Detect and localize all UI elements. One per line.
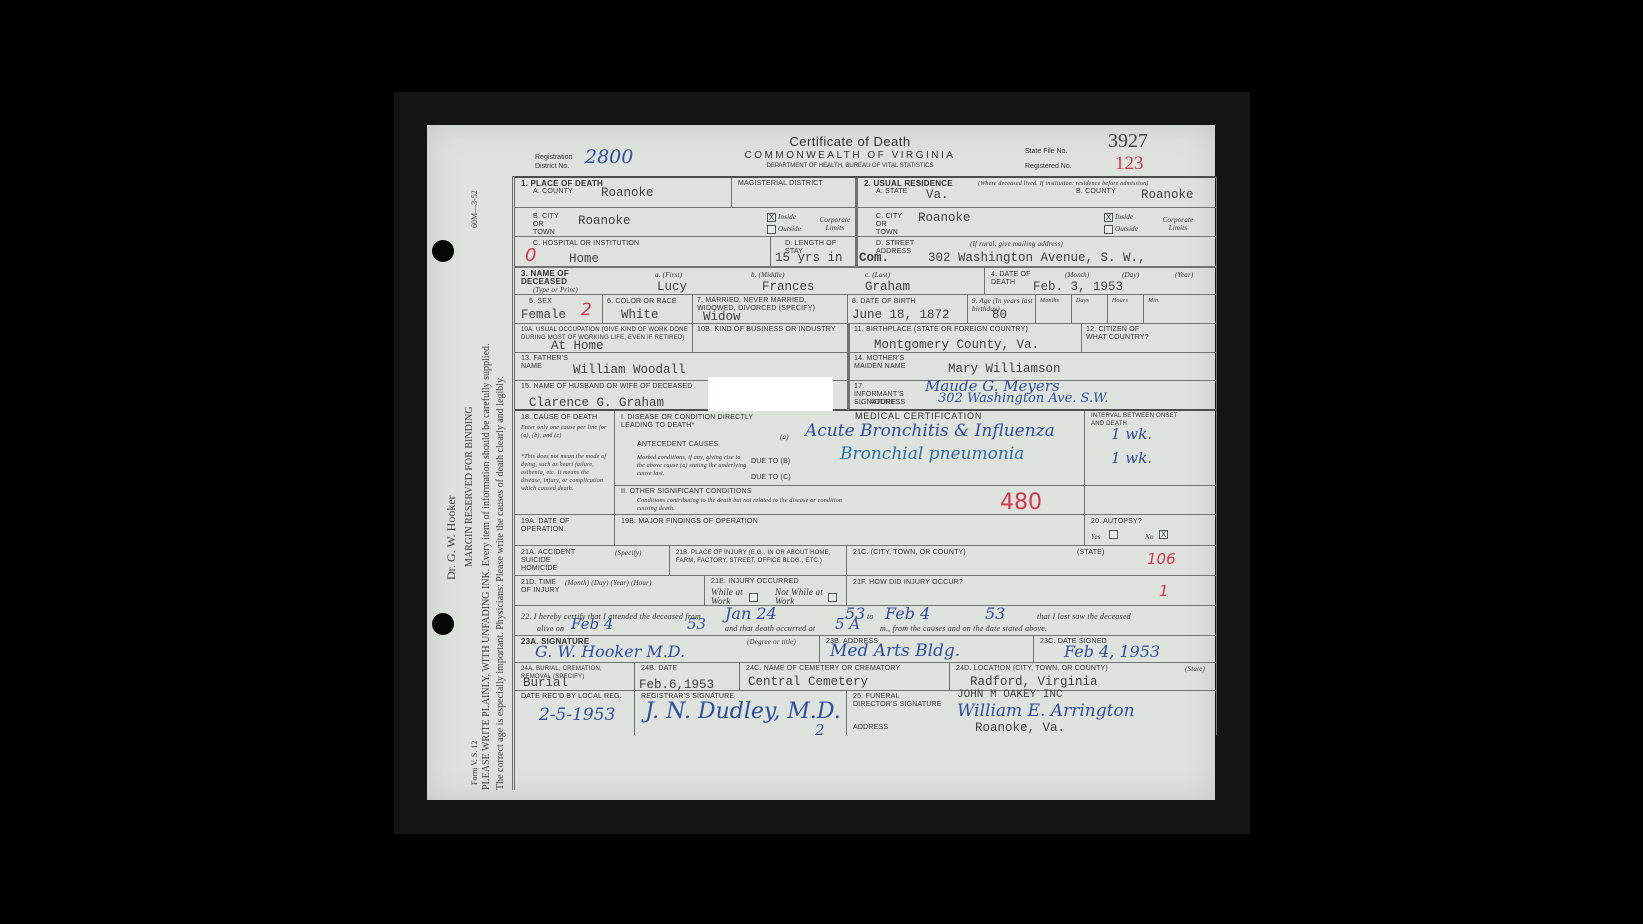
medical-certification-title: Medical Certification bbox=[855, 412, 982, 420]
residence-state: Va. bbox=[926, 188, 949, 202]
occupation-cell: 10a. Usual Occupation (Give kind of work… bbox=[515, 324, 693, 353]
informant-address: 302 Washington Ave. S.W. bbox=[938, 391, 1108, 406]
attended-to-year: 53 bbox=[985, 604, 1005, 623]
physician-address: Med Arts Bldg. bbox=[830, 641, 960, 661]
code-1: 1 bbox=[1159, 582, 1169, 600]
registrar-mark: 2 bbox=[815, 721, 825, 739]
certificate-title: Certificate of Death bbox=[740, 134, 960, 149]
registration-district-no: 2800 bbox=[585, 146, 633, 168]
burial-date: Feb.6,1953 bbox=[639, 678, 714, 692]
physician-address-cell: 23b. Address Med Arts Bldg. bbox=[820, 636, 1034, 663]
residence-city-cell: c. City or Town Roanoke X Inside Outside… bbox=[856, 208, 1217, 237]
operation-date-cell: 19a. Date of Operation bbox=[515, 515, 615, 546]
cause-code: 480 bbox=[1000, 490, 1042, 515]
outside-limits-checkbox[interactable] bbox=[767, 225, 776, 234]
autopsy-no-checkbox[interactable]: X bbox=[1159, 530, 1168, 539]
print-code: 60M—3-52 bbox=[470, 190, 479, 228]
residence-state-cell: 2. Usual Residence (Where deceased lived… bbox=[856, 178, 1217, 208]
certificate-form: 1. Place of Death a. County Roanoke Magi… bbox=[512, 176, 1217, 790]
sex-cell: 5. Sex Female 2 bbox=[515, 295, 603, 324]
last-name: Graham bbox=[865, 280, 910, 294]
funeral-director-signature: William E. Arrington bbox=[957, 701, 1135, 721]
last-seen-year: 53 bbox=[687, 615, 706, 633]
hospital-cell: c. Hospital or Institution 0 Home bbox=[515, 237, 771, 267]
funeral-director-cell: 25. Funeral Director's Signature JOHN M … bbox=[847, 691, 1217, 735]
residence-county: Roanoke bbox=[1141, 188, 1194, 202]
last-seen-alive: Feb 4 bbox=[571, 615, 613, 633]
date-received: 2-5-1953 bbox=[539, 705, 615, 725]
dob-cell: 8. Date of Birth June 18, 1872 bbox=[848, 295, 968, 324]
age-value: 80 bbox=[992, 308, 1007, 322]
injury-city-cell: 21c. (City, Town, or County) (State) 106 bbox=[847, 546, 1217, 576]
injury-time-cell: 21d. Time of Injury (Month) (Day) (Year)… bbox=[515, 576, 705, 606]
department-title: Department of Health, Bureau of Vital St… bbox=[720, 163, 980, 169]
residence-inside-checkbox[interactable]: X bbox=[1104, 213, 1113, 222]
physician-signature: G. W. Hooker M.D. bbox=[535, 642, 685, 661]
physician-certify-cell: 22. I hereby certify that I attended the… bbox=[515, 606, 1217, 636]
registered-no: 123 bbox=[1115, 153, 1144, 175]
while-at-work-checkbox[interactable] bbox=[749, 593, 758, 602]
residence-city: Roanoke bbox=[918, 211, 971, 225]
autopsy-yes-checkbox[interactable] bbox=[1109, 530, 1118, 539]
burial-method: Burial bbox=[523, 676, 568, 690]
magisterial-cell: Magisterial District bbox=[731, 178, 856, 208]
funeral-company: JOHN M OAKEY INC bbox=[957, 689, 1063, 701]
hours-cell: Hours bbox=[1108, 295, 1144, 324]
registered-label: Registered No. bbox=[1025, 163, 1072, 170]
race-cell: 6. Color or Race White bbox=[603, 295, 693, 324]
date-of-death-cell: 4. Date of Death (Month) (Day) (Year) Fe… bbox=[985, 267, 1217, 295]
burial-location-cell: 24d. Location (City, town, or county) (S… bbox=[950, 663, 1217, 691]
informant-cell: 17. Informant's Signature Maude G. Meyer… bbox=[848, 381, 1217, 411]
accident-cell: 21a. Accident Suicide Homicide (Specify) bbox=[515, 546, 670, 576]
occupation-value: At Home bbox=[551, 339, 604, 353]
hospital-mark: 0 bbox=[525, 245, 536, 266]
date-of-death: Feb. 3, 1953 bbox=[1033, 280, 1123, 294]
registration-district-label: Registration District No. bbox=[535, 153, 575, 171]
form-code: Form V. S. 12 bbox=[470, 741, 479, 785]
instruction-line-2: The correct age is especially important.… bbox=[495, 376, 506, 790]
funeral-director-address: Roanoke, Va. bbox=[975, 721, 1065, 735]
date-received-cell: Date Rec'd by Local Reg. 2-5-1953 bbox=[515, 691, 635, 735]
attended-to: Feb 4 bbox=[885, 604, 930, 623]
death-time: 5 A bbox=[835, 615, 860, 633]
mother-name: Mary Williamson bbox=[948, 362, 1061, 376]
name-cell: 3. Name of Deceased (Type or Print) a. (… bbox=[515, 267, 985, 295]
business-cell: 10b. Kind of Business or Industry bbox=[693, 324, 848, 353]
middle-name: Frances bbox=[762, 280, 815, 294]
length-of-stay-cell: d. Length of Stay 15 yrs in bbox=[771, 237, 856, 267]
other-conditions-cell: II. Other Significant Conditions Conditi… bbox=[615, 486, 1085, 515]
binder-hole-icon bbox=[432, 613, 454, 635]
commonwealth-title: Commonwealth of Virginia bbox=[720, 150, 980, 161]
how-injury-cell: 21f. How did injury occur? 1 bbox=[847, 576, 1217, 606]
interval-cell: Interval between onset and death 1 wk. 1… bbox=[1085, 411, 1217, 486]
cause-a: Acute Bronchitis & Influenza bbox=[805, 421, 1055, 441]
interval-a: 1 wk. bbox=[1111, 425, 1152, 443]
residence-outside-checkbox[interactable] bbox=[1104, 225, 1113, 234]
physician-stamp: Dr. G. W. Hooker bbox=[444, 495, 459, 580]
age-cell: 9. Age (In years last birthday) 80 bbox=[968, 295, 1036, 324]
cemetery-name: Central Cemetery bbox=[748, 675, 868, 689]
burial-date-cell: 24b. Date Feb.6,1953 bbox=[635, 663, 740, 691]
injury-occurred-cell: 21e. Injury Occurred While at Work Not W… bbox=[705, 576, 847, 606]
street-cell: d. Street Address (If rural, give mailin… bbox=[856, 237, 1217, 267]
date-signed-cell: 23c. Date Signed Feb 4, 1953 bbox=[1034, 636, 1217, 663]
length-of-stay: 15 yrs in bbox=[775, 251, 843, 265]
operation-findings-cell: 19b. Major Findings of Operation bbox=[615, 515, 1085, 546]
citizen-cell: 12. Citizen of what country? bbox=[1082, 324, 1217, 353]
code-106: 106 bbox=[1147, 550, 1176, 568]
burial-location: Radford, Virginia bbox=[970, 675, 1098, 689]
binder-hole-icon bbox=[432, 240, 454, 262]
first-name: Lucy bbox=[657, 280, 687, 294]
minutes-cell: Min. bbox=[1144, 295, 1217, 324]
cause-b: Bronchial pneumonia bbox=[840, 444, 1024, 464]
cemetery-cell: 24c. Name of Cemetery or Crematory Centr… bbox=[740, 663, 950, 691]
attended-from: Jan 24 bbox=[725, 604, 777, 623]
registrar-signature: J. N. Dudley, M.D. bbox=[645, 699, 841, 724]
birthplace-cell: 11. Birthplace (State or foreign country… bbox=[848, 324, 1082, 353]
sex-value: Female bbox=[521, 308, 566, 322]
place-city-cell: b. City or Town Roanoke X Inside Outside… bbox=[515, 208, 856, 237]
autopsy-cell: 20. Autopsy? Yes No X bbox=[1085, 515, 1217, 546]
instruction-line-1: PLEASE WRITE PLAINLY, WITH UNFADING INK.… bbox=[481, 343, 492, 790]
redaction-block bbox=[708, 377, 833, 411]
marital-status: Widow bbox=[703, 310, 741, 324]
sex-mark: 2 bbox=[581, 300, 592, 320]
cause-of-death-cell: 18. Cause of Death Enter only one cause … bbox=[515, 411, 615, 515]
death-county: Roanoke bbox=[601, 186, 654, 200]
date-signed: Feb 4, 1953 bbox=[1064, 642, 1160, 661]
not-while-at-work-checkbox[interactable] bbox=[828, 593, 837, 602]
burial-method-cell: 24a. Burial, Cremation, Removal (Specify… bbox=[515, 663, 635, 691]
interval-blank-cell bbox=[1085, 486, 1217, 515]
date-of-birth: June 18, 1872 bbox=[852, 308, 950, 322]
inside-limits-checkbox[interactable]: X bbox=[767, 213, 776, 222]
spouse-name: Clarence G. Graham bbox=[529, 396, 664, 410]
birthplace-value: Montgomery County, Va. bbox=[874, 338, 1039, 352]
marital-cell: 7. Married, Never Married, Widowed, Divo… bbox=[693, 295, 848, 324]
place-county-cell: 1. Place of Death a. County Roanoke bbox=[515, 178, 731, 208]
state-file-no: 3927 bbox=[1108, 130, 1148, 153]
binding-note: MARGIN RESERVED FOR BINDING bbox=[464, 406, 475, 567]
race-value: White bbox=[621, 308, 659, 322]
father-name: William Woodall bbox=[573, 363, 686, 377]
registrar-cell: Registrar's Signature J. N. Dudley, M.D.… bbox=[635, 691, 847, 735]
months-cell: Months bbox=[1036, 295, 1072, 324]
street-address: 302 Washington Avenue, S. W., bbox=[928, 251, 1146, 265]
state-file-label: State File No. bbox=[1025, 148, 1067, 155]
injury-place-cell: 21b. Place of Injury (e.g., in or about … bbox=[670, 546, 847, 576]
hospital-value: Home bbox=[569, 252, 599, 266]
com-prefix: Com. bbox=[859, 251, 889, 265]
interval-b: 1 wk. bbox=[1111, 449, 1152, 467]
disease-cell: I. Disease or Condition Directly Leading… bbox=[615, 411, 1085, 486]
days-cell: Days bbox=[1072, 295, 1108, 324]
death-city: Roanoke bbox=[578, 214, 631, 228]
physician-signature-cell: 23a. Signature (Degree or title) G. W. H… bbox=[515, 636, 820, 663]
